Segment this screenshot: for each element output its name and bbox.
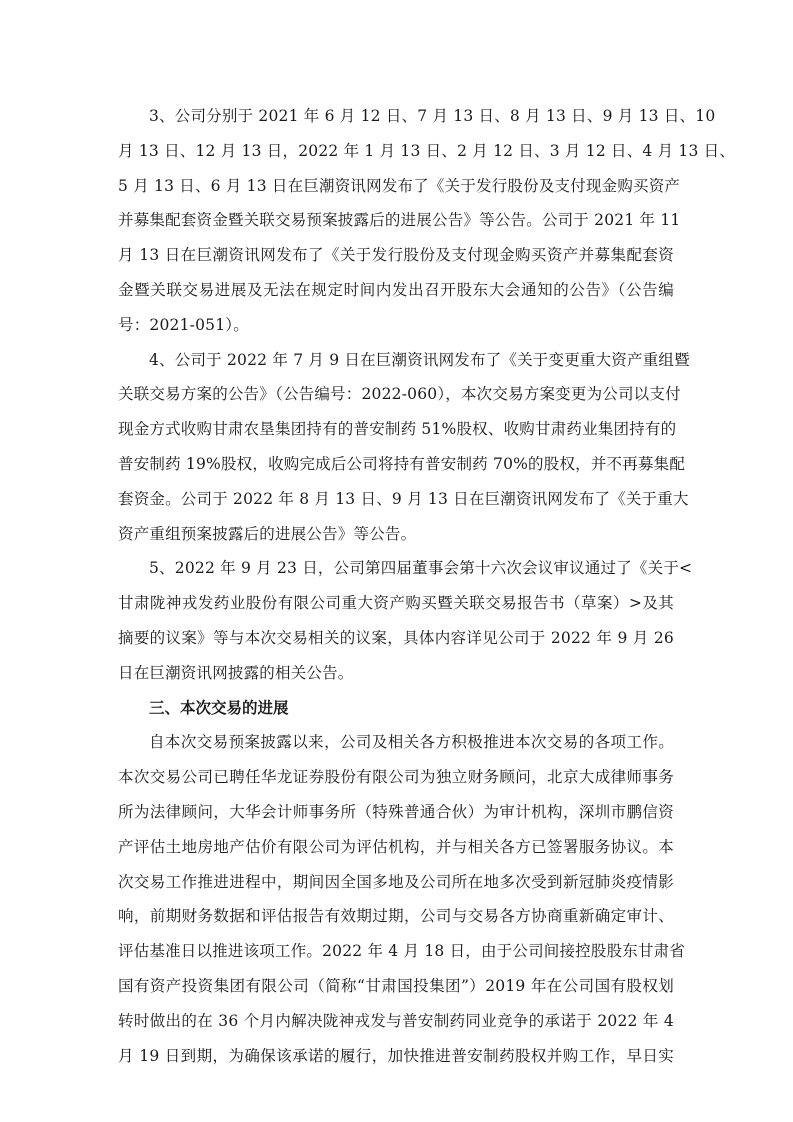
paragraph-item-3: 3、公司分别于 2021 年 6 月 12 日、7 月 13 日、8 月 13 … (118, 99, 674, 343)
text-line: 月 13 日在巨潮资讯网发布了《关于发行股份及支付现金购买资产并募集配套资 (118, 238, 674, 273)
document-page: 3、公司分别于 2021 年 6 月 12 日、7 月 13 日、8 月 13 … (118, 99, 674, 1073)
text-line: 号：2021-051）。 (118, 308, 674, 343)
text-line: 资产重组预案披露后的进展公告》等公告。 (118, 517, 674, 552)
text-line: 甘肃陇神戎发药业股份有限公司重大资产购买暨关联交易报告书（草案）>及其 (118, 586, 674, 621)
section-heading: 三、本次交易的进展 (118, 691, 674, 726)
text-line: 响，前期财务数据和评估报告有效期过期，公司与交易各方协商重新确定审计、 (118, 899, 674, 934)
paragraph-item-4: 4、公司于 2022 年 7 月 9 日在巨潮资讯网发布了《关于变更重大资产重组… (118, 343, 674, 552)
text-line: 产评估土地房地产估价有限公司为评估机构，并与相关各方已签署服务协议。本 (118, 830, 674, 865)
text-line: 本次交易公司已聘任华龙证券股份有限公司为独立财务顾问，北京大成律师事务 (118, 760, 674, 795)
text-line: 国有资产投资集团有限公司（简称“甘肃国投集团”）2019 年在公司国有股权划 (118, 969, 674, 1004)
text-line: 套资金。公司于 2022 年 8 月 13 日、9 月 13 日在巨潮资讯网发布… (118, 482, 674, 517)
text-line: 5 月 13 日、6 月 13 日在巨潮资讯网发布了《关于发行股份及支付现金购买… (118, 169, 674, 204)
text-line: 普安制药 19%股权，收购完成后公司将持有普安制药 70%的股权，并不再募集配 (118, 447, 674, 482)
text-line: 现金方式收购甘肃农垦集团持有的普安制药 51%股权、收购甘肃药业集团持有的 (118, 412, 674, 447)
text-line: 并募集配套资金暨关联交易预案披露后的进展公告》等公告。公司于 2021 年 11 (118, 203, 674, 238)
text-line: 日在巨潮资讯网披露的相关公告。 (118, 656, 674, 691)
text-line: 摘要的议案》等与本次交易相关的议案，具体内容详见公司于 2022 年 9 月 2… (118, 621, 674, 656)
paragraph-progress: 自本次交易预案披露以来，公司及相关各方积极推进本次交易的各项工作。 本次交易公司… (118, 725, 674, 1073)
text-line: 转时做出的在 36 个月内解决陇神戎发与普安制药同业竞争的承诺于 2022 年 … (118, 1004, 674, 1039)
paragraph-item-5: 5、2022 年 9 月 23 日，公司第四届董事会第十六次会议审议通过了《关于… (118, 551, 674, 690)
text-line: 评估基准日以推进该项工作。2022 年 4 月 18 日，由于公司间接控股股东甘… (118, 934, 674, 969)
text-line: 次交易工作推进进程中，期间因全国多地及公司所在地多次受到新冠肺炎疫情影 (118, 865, 674, 900)
text-line: 4、公司于 2022 年 7 月 9 日在巨潮资讯网发布了《关于变更重大资产重组… (118, 343, 674, 378)
text-line: 3、公司分别于 2021 年 6 月 12 日、7 月 13 日、8 月 13 … (118, 99, 674, 134)
text-line: 月 13 日、12 月 13 日，2022 年 1 月 13 日、2 月 12 … (118, 134, 674, 169)
text-line: 所为法律顾问，大华会计师事务所（特殊普通合伙）为审计机构，深圳市鹏信资 (118, 795, 674, 830)
text-line: 自本次交易预案披露以来，公司及相关各方积极推进本次交易的各项工作。 (118, 725, 674, 760)
text-line: 金暨关联交易进展及无法在规定时间内发出召开股东大会通知的公告》（公告编 (118, 273, 674, 308)
text-line: 月 19 日到期，为确保该承诺的履行，加快推进普安制药股权并购工作，早日实 (118, 1039, 674, 1074)
text-line: 关联交易方案的公告》（公告编号：2022-060），本次交易方案变更为公司以支付 (118, 377, 674, 412)
text-line: 5、2022 年 9 月 23 日，公司第四届董事会第十六次会议审议通过了《关于… (118, 551, 674, 586)
